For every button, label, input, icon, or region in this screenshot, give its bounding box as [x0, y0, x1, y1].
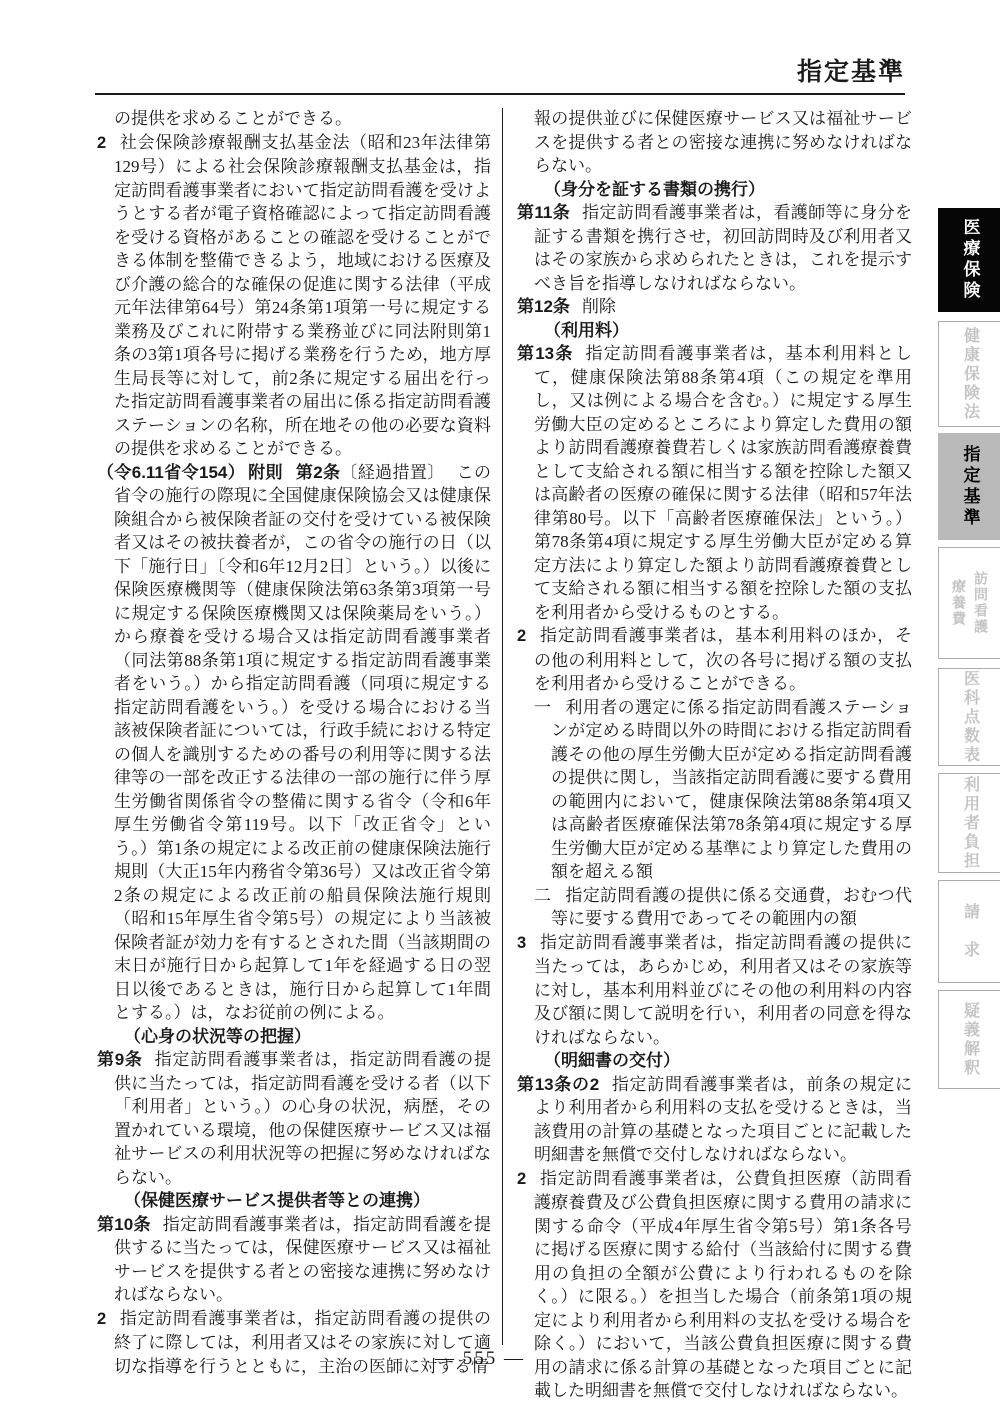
item-number: 二 [534, 886, 551, 905]
article-text: 指定訪問看護事業者は，指定訪問看護を提供するに当たっては，保健医療サービス又は福… [114, 1215, 491, 1305]
article-text: 指定訪問看護事業者は，看護師等に身分を証する書類を携行させ，初回訪問時及び利用者… [534, 203, 912, 293]
header-rule [95, 93, 905, 95]
sidebar-tab-medical-fee-schedule: 医科点数表 [938, 668, 1000, 766]
column-divider [502, 108, 503, 1345]
document-page: 指定基準 の提供を求めることができる。 2社会保険診療報酬支払基金法（昭和23年… [0, 0, 1000, 1412]
section-heading: （保健医療サービス提供者等との連携） [97, 1189, 491, 1213]
article-paragraph: 第10条指定訪問看護事業者は，指定訪問看護を提供するに当たっては，保健医療サービ… [97, 1213, 491, 1307]
sidebar-tab-user-charges: 利用者負担 [938, 773, 1000, 873]
section-heading: （身分を証する書類の携行） [517, 178, 912, 202]
paragraph-text: 指定訪問看護事業者は，指定訪問看護の提供に当たっては，あらかじめ，利用者又はその… [534, 933, 912, 1047]
article-number: 第12条 [517, 297, 570, 316]
sidebar-tab-interpretations: 疑義解釈 [938, 990, 1000, 1089]
section-heading: （明細書の交付） [517, 1049, 912, 1073]
list-item: 二指定訪問看護の提供に係る交通費，おむつ代等に要する費用であってその範囲内の額 [517, 884, 912, 931]
section-heading: （心身の状況等の把握） [97, 1025, 491, 1049]
numbered-paragraph: 2指定訪問看護事業者は，基本利用料のほか，その他の利用料として，次の各号に掲げる… [517, 624, 912, 696]
paragraph-number: 3 [517, 934, 526, 952]
article-paragraph: 第13条の2指定訪問看護事業者は，前条の規定により利用者から利用料の支払を受ける… [517, 1073, 912, 1167]
article-paragraph: 第11条指定訪問看護事業者は，看護師等に身分を証する書類を携行させ，初回訪問時及… [517, 201, 912, 295]
right-column: 報の提供並びに保健医療サービス又は福祉サービスを提供する者との密接な連携に努めな… [517, 107, 912, 1403]
continuation-paragraph: の提供を求めることができる。 [97, 107, 491, 131]
left-column: の提供を求めることができる。 2社会保険診療報酬支払基金法（昭和23年法律第12… [97, 107, 491, 1378]
article-text: 指定訪問看護事業者は，基本利用料として，健康保険法第88条第4項（この規定を準用… [534, 344, 912, 622]
sidebar-tab-designation-standards: 指定基準 [938, 433, 1000, 540]
article-paragraph: 第9条指定訪問看護事業者は，指定訪問看護の提供に当たっては，指定訪問看護を受ける… [97, 1048, 491, 1189]
numbered-paragraph: 2社会保険診療報酬支払基金法（昭和23年法律第129号）による社会保険診療報酬支… [97, 131, 491, 461]
appendix-note: 〔経過措置〕 [340, 463, 444, 482]
sidebar-tab-health-insurance-law: 健康保険法 [938, 321, 1000, 427]
article-number: 第13条 [517, 344, 574, 363]
appendix-label: 附則 [248, 463, 283, 482]
paragraph-text: 指定訪問看護事業者は，基本利用料のほか，その他の利用料として，次の各号に掲げる額… [534, 626, 912, 693]
appendix-text: この省令の施行の際現に全国健康保険協会又は健康保険組合から被保険者証の交付を受け… [114, 463, 491, 1023]
paragraph-number: 2 [97, 134, 106, 152]
article-number: 第11条 [517, 203, 570, 222]
article-text: 削除 [582, 297, 616, 316]
item-text: 利用者の選定に係る指定訪問看護ステーションが定める時間以外の時間における指定訪問… [551, 698, 912, 882]
article-paragraph: 第12条削除 [517, 295, 912, 319]
section-heading: （利用料） [517, 319, 912, 343]
tab-label-right: 訪問看護 [971, 571, 991, 635]
sidebar-tab-visiting-nursing-care-fees: 療養費 訪問看護 [938, 547, 1000, 659]
sidebar-tab-medical-insurance: 医療保険 [938, 208, 1000, 312]
item-number: 一 [534, 698, 551, 717]
article-paragraph: 第13条指定訪問看護事業者は，基本利用料として，健康保険法第88条第4項（この規… [517, 342, 912, 624]
paragraph-number: 2 [517, 1170, 526, 1188]
paragraph-number: 2 [97, 1310, 106, 1328]
page-number: ― 555 ― [0, 1348, 960, 1370]
numbered-paragraph: 3指定訪問看護事業者は，指定訪問看護の提供に当たっては，あらかじめ，利用者又はそ… [517, 931, 912, 1050]
continuation-paragraph: 報の提供並びに保健医療サービス又は福祉サービスを提供する者との密接な連携に努めな… [517, 107, 912, 178]
page-header-title: 指定基準 [797, 52, 905, 88]
appendix-paragraph: （令6.11省令154）附則第2条〔経過措置〕この省令の施行の際現に全国健康保険… [97, 461, 491, 1025]
paragraph-number: 2 [517, 627, 526, 645]
tab-label-left: 療養費 [949, 579, 969, 627]
list-item: 一利用者の選定に係る指定訪問看護ステーションが定める時間以外の時間における指定訪… [517, 696, 912, 884]
article-text: 指定訪問看護事業者は，指定訪問看護の提供に当たっては，指定訪問看護を受ける者（以… [114, 1050, 491, 1187]
appendix-article-number: 第2条 [296, 463, 341, 482]
article-number: 第10条 [97, 1215, 151, 1234]
item-text: 指定訪問看護の提供に係る交通費，おむつ代等に要する費用であってその範囲内の額 [551, 886, 912, 929]
paragraph-text: 社会保険診療報酬支払基金法（昭和23年法律第129号）による社会保険診療報酬支払… [114, 133, 491, 459]
sidebar-tab-billing: 請 求 [938, 880, 1000, 983]
appendix-ordinance-ref: （令6.11省令154） [97, 463, 245, 482]
article-number: 第9条 [97, 1050, 143, 1069]
article-number: 第13条の2 [517, 1075, 599, 1094]
